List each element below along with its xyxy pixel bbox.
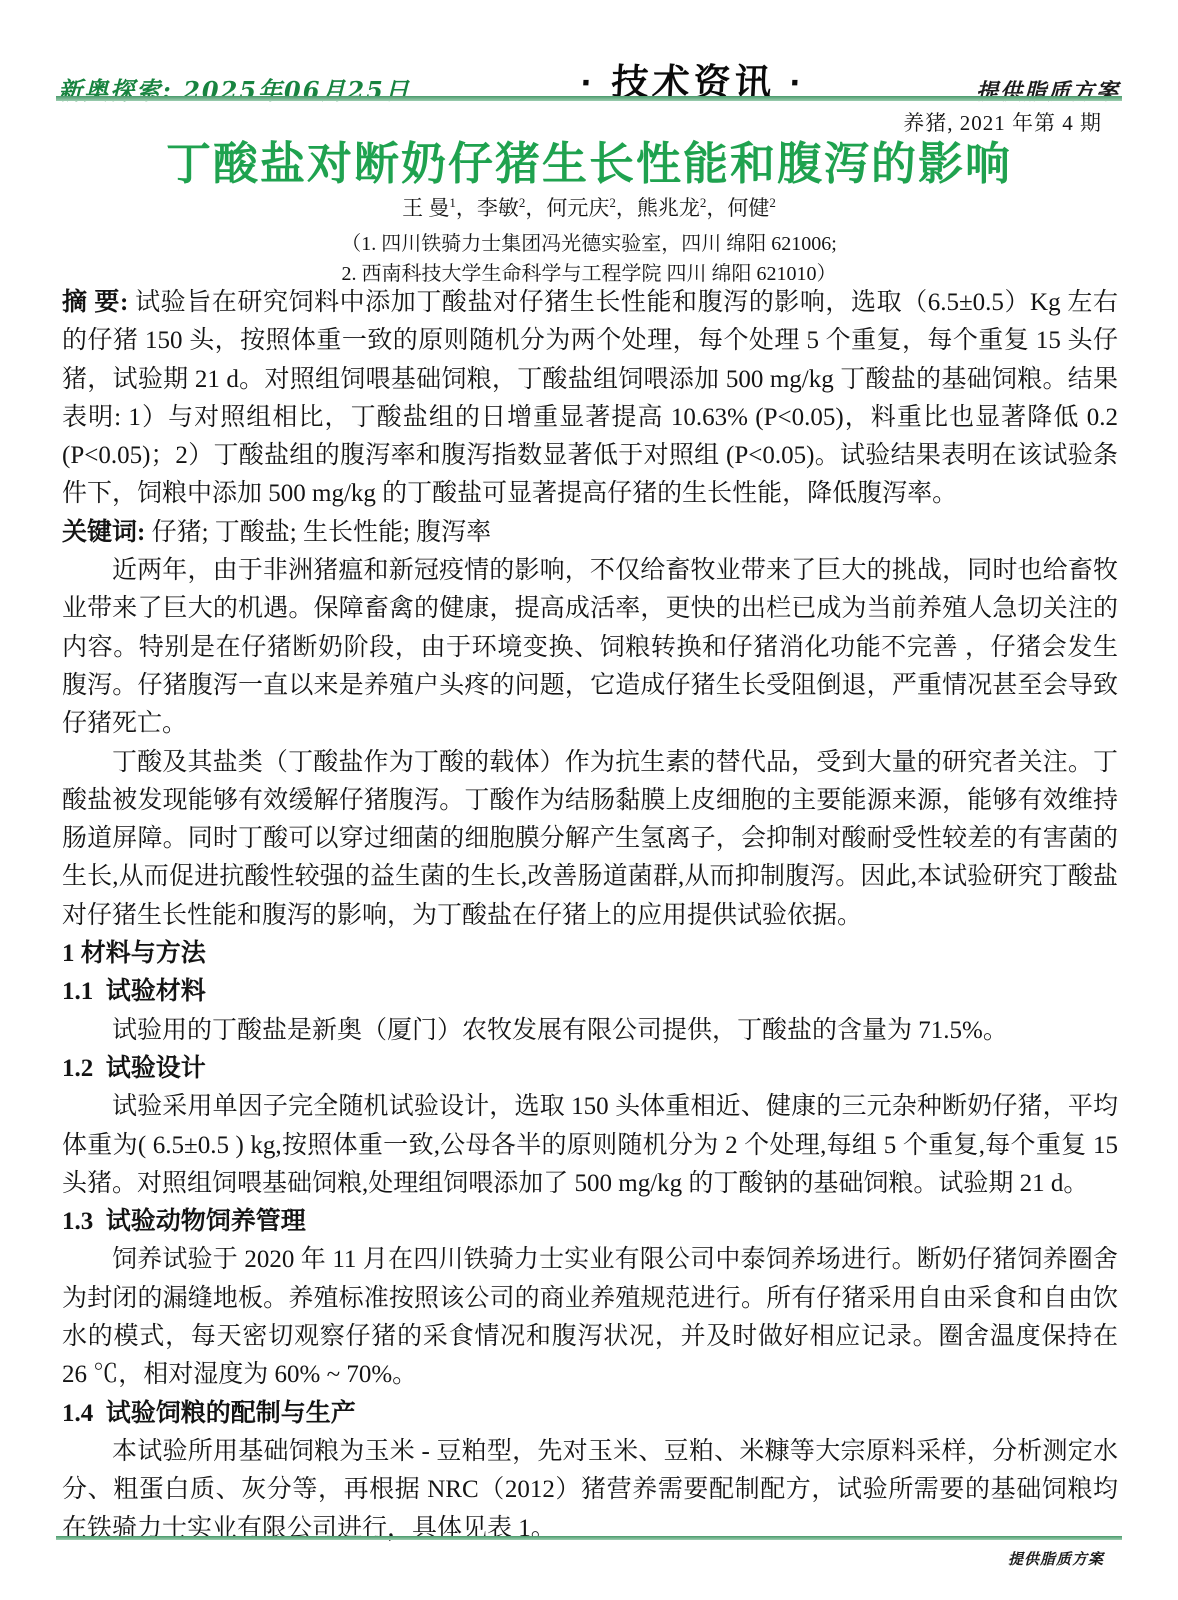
keywords-label: 关键词: <box>62 519 152 546</box>
author-affil-marker: 2 <box>769 195 776 210</box>
abstract-label: 摘 要: <box>62 289 128 316</box>
section-heading: 1.3 试验动物饲养管理 <box>62 1203 1118 1241</box>
keywords: 关键词: 仔猪; 丁酸盐; 生长性能; 腹泻率 <box>62 514 1118 552</box>
page-title: 丁酸盐对断奶仔猪生长性能和腹泻的影响 <box>0 127 1178 192</box>
author-affil-marker: 1 <box>449 195 456 210</box>
author-affil-marker: 2 <box>700 195 707 210</box>
footer-slogan: 提供脂质方案 <box>1008 1548 1104 1569</box>
paragraph: 试验采用单因子完全随机试验设计，选取 150 头体重相近、健康的三元杂种断奶仔猪… <box>62 1088 1118 1203</box>
section-heading: 1.4 试验饲粮的配制与生产 <box>62 1395 1118 1433</box>
author-name: 熊兆龙 <box>637 196 700 220</box>
paragraph: 试验用的丁酸盐是新奥（厦门）农牧发展有限公司提供，丁酸盐的含量为 71.5%。 <box>62 1012 1118 1050</box>
author-name: 王 曼 <box>402 196 449 220</box>
footer-divider <box>56 1536 1122 1540</box>
author-name: 何元庆 <box>546 196 609 220</box>
paragraph: 饲养试验于 2020 年 11 月在四川铁骑力士实业有限公司中泰饲养场进行。断奶… <box>62 1241 1118 1394</box>
header-divider <box>56 96 1122 101</box>
section-heading: 1.1 试验材料 <box>62 973 1118 1011</box>
section-heading: 1.2 试验设计 <box>62 1050 1118 1088</box>
paragraph: 丁酸及其盐类（丁酸盐作为丁酸的载体）作为抗生素的替代品，受到大量的研究者关注。丁… <box>62 744 1118 935</box>
paragraph: 本试验所用基础饲粮为玉米 - 豆粕型，先对玉米、豆粕、米糠等大宗原料采样，分析测… <box>62 1433 1118 1548</box>
article-page: 新奥探索: 2025年06月25日 · 技术资讯 · 提供脂质方案 养猪, 20… <box>0 0 1178 1600</box>
author-affil-marker: 2 <box>609 195 616 210</box>
author-name: 何健 <box>727 196 769 220</box>
paragraph: 近两年，由于非洲猪瘟和新冠疫情的影响，不仅给畜牧业带来了巨大的挑战，同时也给畜牧… <box>62 552 1118 743</box>
authors-line: 王 曼1，李敏2，何元庆2，熊兆龙2，何健2 <box>0 192 1178 222</box>
author-name: 李敏 <box>477 196 519 220</box>
section-heading: 1 材料与方法 <box>62 935 1118 973</box>
affiliation-1: （1. 四川铁骑力士集团冯光德实验室，四川 绵阳 621006; <box>0 227 1178 256</box>
affiliation-2: 2. 西南科技大学生命科学与工程学院 四川 绵阳 621010） <box>0 257 1178 286</box>
article-body: 摘 要: 试验旨在研究饲料中添加丁酸盐对仔猪生长性能和腹泻的影响，选取（6.5±… <box>62 284 1118 1548</box>
author-affil-marker: 2 <box>519 195 526 210</box>
abstract: 摘 要: 试验旨在研究饲料中添加丁酸盐对仔猪生长性能和腹泻的影响，选取（6.5±… <box>62 284 1118 514</box>
header-slogan: 提供脂质方案 <box>976 75 1120 106</box>
